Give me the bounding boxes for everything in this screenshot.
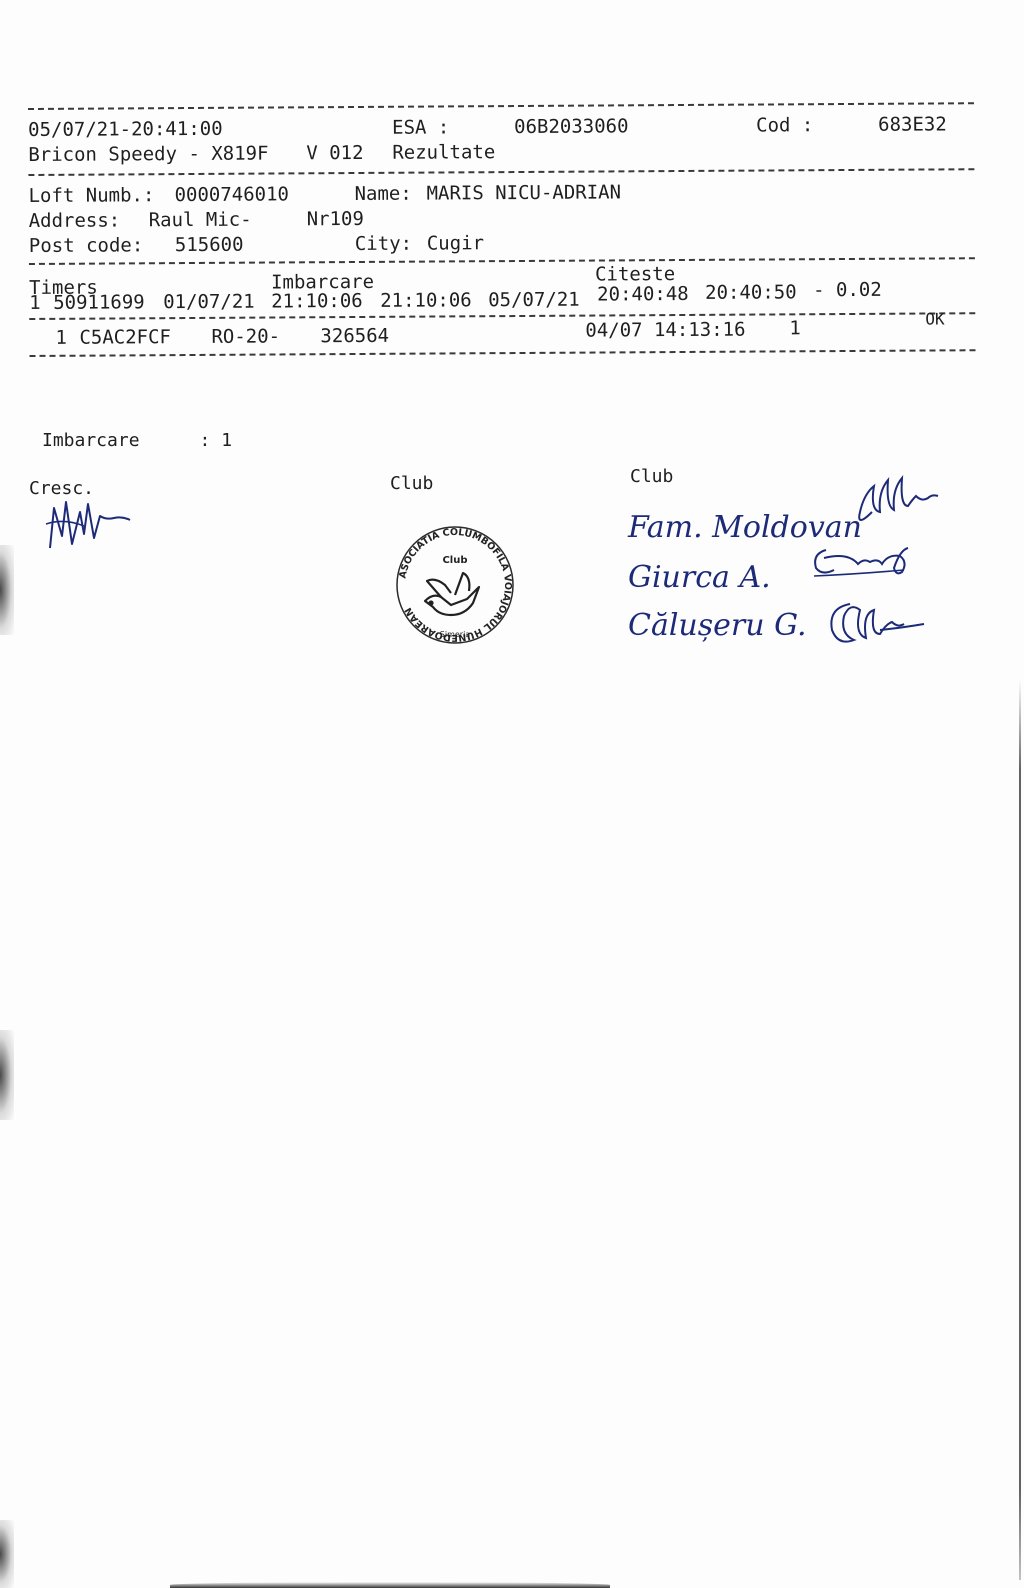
device-name: Bricon Speedy - X819F (28, 142, 268, 168)
pigeon-chip: C5AC2FCF (79, 325, 171, 351)
loft-label: Loft Numb.: (28, 183, 154, 209)
address-value: Raul Mic- (149, 208, 252, 234)
committee-member-3: Călușeru G. (628, 608, 807, 643)
pigeon-index: 1 (55, 326, 67, 351)
paper-edge (1019, 680, 1021, 1580)
imbarcare-date: 01/07/21 (163, 290, 255, 316)
fancier-section: Loft Numb.: 0000746010 Name: MARIS NICU-… (28, 170, 979, 263)
club-stamp-icon: ASOCIATIA COLUMBOFILA VOIAJORUL HUNEDOAR… (393, 523, 517, 647)
svg-text:Simeria: Simeria (440, 630, 471, 639)
svg-text:ASOCIATIA COLUMBOFILA VOIAJORU: ASOCIATIA COLUMBOFILA VOIAJORUL HUNEDOAR… (397, 527, 513, 643)
summary-label: Imbarcare (42, 430, 140, 451)
postcode-value: 515600 (175, 233, 244, 258)
signature-giurca-icon (808, 540, 918, 585)
signature-moldovan-icon (852, 472, 944, 532)
fancier-signature-icon (44, 494, 134, 556)
dove-icon (425, 573, 479, 615)
timers-section: Timers Imbarcare Citeste 1 50911699 01/0… (29, 259, 979, 318)
pigeon-list: OK 1 C5AC2FCF RO-20- 326564 04/07 14:13:… (29, 314, 979, 355)
citeste-time-1: 20:40:48 (597, 282, 689, 308)
summary-separator: : (200, 430, 211, 451)
ring-number: 326564 (320, 324, 389, 349)
address-label: Address: (29, 208, 121, 234)
loft-number: 0000746010 (174, 182, 289, 208)
pigeon-position: 1 (789, 316, 801, 341)
signature-caluseru-icon (820, 594, 930, 654)
postcode-label: Post code: (29, 233, 144, 259)
device-version: V 012 (306, 141, 363, 166)
citeste-time-2: 20:40:50 (705, 280, 797, 306)
scan-smudge (0, 1520, 14, 1588)
report-type: Rezultate (392, 140, 495, 166)
timer-index: 1 (29, 291, 41, 316)
imbarcare-time-1: 21:10:06 (271, 289, 363, 315)
arrival-time: 04/07 14:13:16 (585, 318, 745, 344)
print-datetime: 05/07/21-20:41:00 (28, 117, 223, 143)
pigeon-row: OK 1 C5AC2FCF RO-20- 326564 04/07 14:13:… (29, 320, 979, 351)
esa-label: ESA : (392, 115, 449, 140)
committee-member-2: Giurca A. (628, 560, 771, 595)
cod-label: Cod : (756, 113, 813, 138)
citeste-date: 05/07/21 (488, 288, 580, 314)
imbarcare-summary: Imbarcare: 1 (42, 430, 232, 451)
imbarcare-time-2: 21:10:06 (380, 288, 472, 314)
ring-prefix: RO-20- (211, 324, 280, 349)
cod-value: 683E32 (878, 112, 947, 137)
fancier-name: MARIS NICU-ADRIAN (426, 180, 621, 206)
timer-id: 50911699 (53, 290, 145, 316)
esa-value: 06B2033060 (514, 114, 629, 140)
header-section: 05/07/21-20:41:00 ESA : 06B2033060 Cod :… (28, 104, 978, 174)
clock-difference: - 0.02 (813, 278, 882, 303)
scan-shadow (170, 1582, 610, 1588)
svg-text:Club: Club (442, 555, 467, 566)
scan-smudge (0, 1030, 14, 1120)
city-label: City: (355, 232, 412, 257)
scan-smudge (0, 545, 14, 635)
club-label: Club (390, 473, 433, 494)
summary-value: 1 (221, 430, 232, 451)
city-value: Cugir (427, 231, 484, 256)
club-label: Club (630, 466, 673, 487)
address-number: Nr109 (307, 207, 364, 232)
status-ok: OK (925, 306, 944, 331)
name-label: Name: (354, 182, 411, 207)
result-receipt: 05/07/21-20:41:00 ESA : 06B2033060 Cod :… (28, 102, 980, 357)
